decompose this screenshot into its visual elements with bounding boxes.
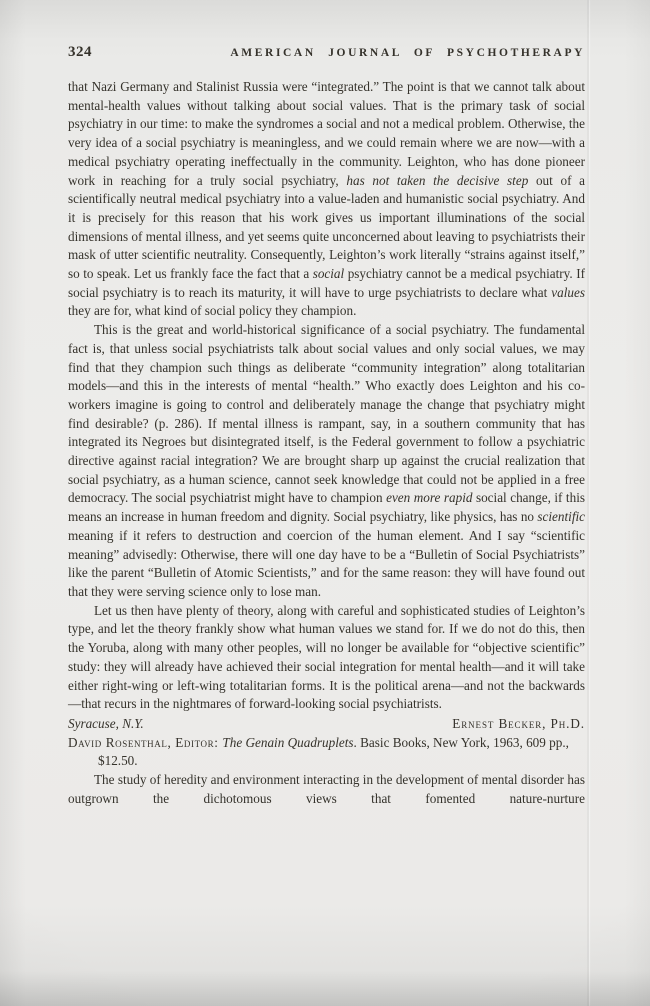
becker-paragraph-1: that Nazi Germany and Stalinist Russia w… xyxy=(68,78,585,321)
journal-title: AMERICAN JOURNAL OF PSYCHOTHERAPY xyxy=(230,47,585,59)
page-fold-line xyxy=(587,0,589,1006)
rosenthal-paragraph-1: The study of heredity and environment in… xyxy=(68,771,585,808)
book-review-heading: David Rosenthal, Editor: The Genain Quad… xyxy=(68,734,585,771)
page-number: 324 xyxy=(68,44,92,61)
page-content: 324 AMERICAN JOURNAL OF PSYCHOTHERAPY th… xyxy=(68,44,585,808)
body-text: that Nazi Germany and Stalinist Russia w… xyxy=(68,78,585,808)
running-header: 324 AMERICAN JOURNAL OF PSYCHOTHERAPY xyxy=(68,44,585,61)
becker-paragraph-3: Let us then have plenty of theory, along… xyxy=(68,602,585,714)
signoff-location: Syracuse, N.Y. xyxy=(68,715,144,734)
signoff-row: Syracuse, N.Y. Ernest Becker, Ph.D. xyxy=(68,715,585,734)
signoff-author: Ernest Becker, Ph.D. xyxy=(452,715,585,734)
journal-page-scan: 324 AMERICAN JOURNAL OF PSYCHOTHERAPY th… xyxy=(0,0,650,1006)
becker-paragraph-2: This is the great and world-historical s… xyxy=(68,321,585,602)
